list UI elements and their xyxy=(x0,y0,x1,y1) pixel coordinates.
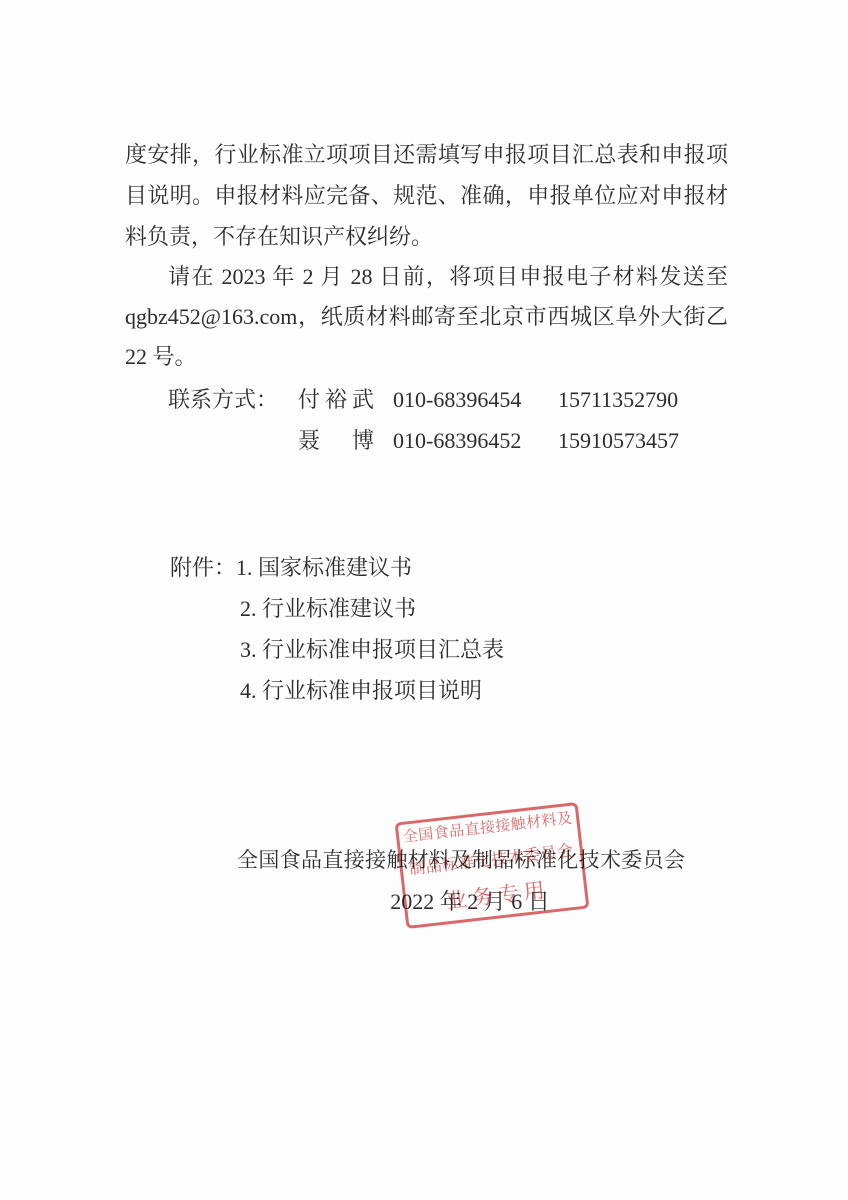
document-page: 度安排，行业标准立项项目还需填写申报项目汇总表和申报项 目说明。申报材料应完备、… xyxy=(0,0,848,1200)
contact-mobile: 15711352790 xyxy=(558,385,678,415)
contact-name: 付裕武 xyxy=(298,385,374,415)
attachments-label: 附件： xyxy=(170,555,236,580)
contact-mobile: 15910573457 xyxy=(558,426,679,456)
attachments-line-1: 附件：1. 国家标准建议书 xyxy=(170,553,730,583)
contact-telephone: 010-68396452 xyxy=(393,426,521,456)
body-line-3: 料负责，不存在知识产权纠纷。 xyxy=(125,222,728,252)
stamp-text-line2: 制品标准化技术委员会 xyxy=(408,843,574,879)
contact-name: 聂 博 xyxy=(298,426,374,456)
attachment-item: 3. 行业标准申报项目汇总表 xyxy=(240,635,730,665)
attachment-item: 1. 国家标准建议书 xyxy=(236,555,412,580)
body-line-2: 目说明。申报材料应完备、规范、准确，申报单位应对申报材 xyxy=(125,181,728,211)
body-line-1: 度安排，行业标准立项项目还需填写申报项目汇总表和申报项 xyxy=(125,140,728,170)
stamp-text-line3: 业务专用 xyxy=(440,879,551,914)
stamp-text-line1: 全国食品直接接触材料及 xyxy=(402,811,573,847)
body-line-5: qgbz452@163.com，纸质材料邮寄至北京市西城区阜外大街乙 xyxy=(125,302,728,332)
contact-label: 联系方式： xyxy=(168,385,278,415)
body-line-6: 22 号。 xyxy=(125,342,728,372)
body-line-4: 请在 2023 年 2 月 28 日前，将项目申报电子材料发送至 xyxy=(168,262,728,292)
contact-telephone: 010-68396454 xyxy=(393,385,521,415)
attachment-item: 2. 行业标准建议书 xyxy=(240,594,730,624)
official-seal-stamp: 全国食品直接接触材料及 制品标准化技术委员会 业务专用 xyxy=(395,802,590,929)
attachment-item: 4. 行业标准申报项目说明 xyxy=(240,676,730,706)
